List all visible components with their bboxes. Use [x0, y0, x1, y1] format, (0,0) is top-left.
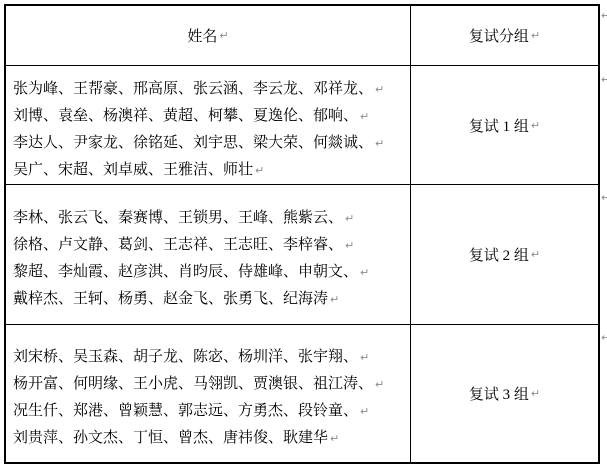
end-of-row-mark-icon: ↵ [601, 331, 607, 344]
name-line: 戴梓杰、王轲、杨勇、赵金飞、张勇飞、纪海涛↵ [13, 286, 406, 313]
table-row-group3: 刘宋桥、吴玉森、胡子龙、陈宓、杨圳洋、张宇翔、↵ 杨开富、何明缘、王小虎、马翎凯… [6, 324, 598, 462]
paragraph-mark-icon: ↵ [531, 29, 540, 42]
name-list-cell-group2[interactable]: 李林、张云飞、秦赛博、王锁男、王峰、熊紫云、↵ 徐格、卢文静、葛剑、王志祥、王志… [6, 185, 410, 324]
paragraph-mark-icon: ↵ [219, 29, 228, 42]
document-page: 姓名↵ 复试分组↵ 张为峰、王帮豪、邢高原、张云涵、李云龙、邓祥龙、↵ 刘博、袁… [0, 0, 607, 468]
group-label: 复试 1 组 [469, 115, 529, 136]
group-cell-group2[interactable]: 复试 2 组↵ [410, 185, 598, 324]
name-list-cell-group1[interactable]: 张为峰、王帮豪、邢高原、张云涵、李云龙、邓祥龙、↵ 刘博、袁垒、杨澳祥、黄超、柯… [6, 66, 410, 184]
table-row-group2: 李林、张云飞、秦赛博、王锁男、王峰、熊紫云、↵ 徐格、卢文静、葛剑、王志祥、王志… [6, 184, 598, 324]
paragraph-mark-icon: ↵ [531, 387, 540, 400]
group-cell-group3[interactable]: 复试 3 组↵ [410, 325, 598, 462]
name-line: 黎超、李灿霞、赵彦淇、肖昀辰、侍雄峰、申朝文、↵ [13, 259, 406, 286]
paragraph-mark-icon: ↵ [531, 248, 540, 261]
paragraph-mark-icon: ↵ [360, 405, 369, 418]
paragraph-mark-icon: ↵ [345, 212, 354, 225]
paragraph-mark-icon: ↵ [360, 110, 369, 123]
paragraph-mark-icon: ↵ [375, 378, 384, 391]
name-line: 刘博、袁垒、杨澳祥、黄超、柯攀、夏逸伦、郁响、↵ [13, 103, 406, 130]
header-cell-group[interactable]: 复试分组↵ [410, 6, 598, 65]
header-cell-name[interactable]: 姓名↵ [6, 6, 410, 65]
table-row-group1: 张为峰、王帮豪、邢高原、张云涵、李云龙、邓祥龙、↵ 刘博、袁垒、杨澳祥、黄超、柯… [6, 65, 598, 184]
grouping-table: 姓名↵ 复试分组↵ 张为峰、王帮豪、邢高原、张云涵、李云龙、邓祥龙、↵ 刘博、袁… [4, 4, 600, 464]
name-line: 刘宋桥、吴玉森、胡子龙、陈宓、杨圳洋、张宇翔、↵ [13, 344, 406, 371]
paragraph-mark-icon: ↵ [360, 266, 369, 279]
table-header-row: 姓名↵ 复试分组↵ [6, 6, 598, 65]
group-label: 复试 2 组 [469, 244, 529, 265]
group-label: 复试 3 组 [469, 383, 529, 404]
name-line: 张为峰、王帮豪、邢高原、张云涵、李云龙、邓祥龙、↵ [13, 76, 406, 103]
name-column-header: 姓名 [187, 25, 217, 46]
group-column-header: 复试分组 [469, 25, 529, 46]
name-line: 李达人、尹家龙、徐铭延、刘宇思、梁大荣、何燚诚、↵ [13, 130, 406, 157]
paragraph-mark-icon: ↵ [531, 119, 540, 132]
paragraph-mark-icon: ↵ [375, 83, 384, 96]
paragraph-mark-icon: ↵ [255, 164, 264, 177]
paragraph-mark-icon: ↵ [330, 293, 339, 306]
name-line: 刘贵萍、孙文杰、丁恒、曾杰、唐祎俊、耿建华↵ [13, 425, 406, 452]
name-line: 吴广、宋超、刘卓威、王雅洁、师壮↵ [13, 157, 406, 184]
name-line: 况生仟、郑港、曾颖慧、郭志远、方勇杰、段铃童、↵ [13, 398, 406, 425]
group-cell-group1[interactable]: 复试 1 组↵ [410, 66, 598, 184]
end-of-row-mark-icon: ↵ [601, 73, 607, 86]
paragraph-mark-icon: ↵ [330, 432, 339, 445]
paragraph-mark-icon: ↵ [375, 137, 384, 150]
paragraph-mark-icon: ↵ [360, 351, 369, 364]
end-of-row-mark-icon: ↵ [601, 191, 607, 204]
name-line: 杨开富、何明缘、王小虎、马翎凯、贾澳银、祖江涛、↵ [13, 371, 406, 398]
name-line: 徐格、卢文静、葛剑、王志祥、王志旺、李梓睿、↵ [13, 232, 406, 259]
name-list-cell-group3[interactable]: 刘宋桥、吴玉森、胡子龙、陈宓、杨圳洋、张宇翔、↵ 杨开富、何明缘、王小虎、马翎凯… [6, 325, 410, 462]
end-of-row-mark-icon: ↵ [601, 9, 607, 22]
name-line: 李林、张云飞、秦赛博、王锁男、王峰、熊紫云、↵ [13, 205, 406, 232]
paragraph-mark-icon: ↵ [345, 239, 354, 252]
